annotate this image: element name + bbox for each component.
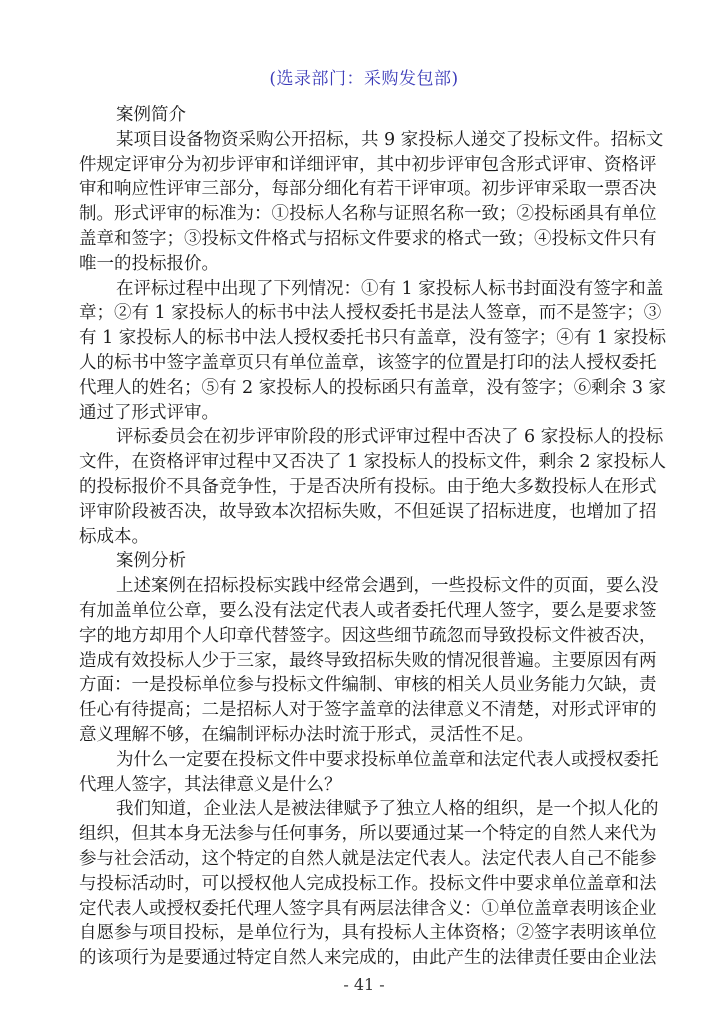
text-line: 自愿参与项目投标，是单位行为，具有投标人主体资格；②签字表明该单位: [79, 921, 649, 946]
text-line: 评标委员会在初步评审阶段的形式评审过程中否决了 6 家投标人的投标: [79, 425, 649, 450]
text-line: 的投标报价不具备竞争性，于是否决所有投标。由于绝大多数投标人在形式: [79, 475, 649, 500]
text-line: 文件，在资格评审过程中又否决了 1 家投标人的投标文件，剩余 2 家投标人: [79, 450, 649, 475]
text-line: 为什么一定要在投标文件中要求投标单位盖章和法定代表人或授权委托: [79, 748, 649, 773]
text-line: 上述案例在招标投标实践中经常会遇到，一些投标文件的页面，要么没: [79, 574, 649, 599]
text-line: 章；②有 1 家投标人的标书中法人授权委托书是法人签章，而不是签字；③: [79, 301, 649, 326]
text-line: 代理人签字，其法律意义是什么？: [79, 773, 649, 798]
text-line: 任心有待提高；二是招标人对于签字盖章的法律意义不清楚，对形式评审的: [79, 698, 649, 723]
text-line: 有 1 家投标人的标书中法人授权委托书只有盖章，没有签字；④有 1 家投标: [79, 326, 649, 351]
text-line: 标成本。: [79, 525, 649, 550]
text-line: 我们知道，企业法人是被法律赋予了独立人格的组织，是一个拟人化的: [79, 797, 649, 822]
text-line: 件规定评审分为初步评审和详细评审，其中初步评审包含形式评审、资格评: [79, 153, 649, 178]
section-title-intro: 案例简介: [79, 103, 649, 128]
text-line: 造成有效投标人少于三家，最终导致招标失败的情况很普遍。主要原因有两: [79, 649, 649, 674]
text-line: 代理人的姓名；⑤有 2 家投标人的投标函只有盖章，没有签字；⑥剩余 3 家: [79, 376, 649, 401]
department-header: (选录部门：采购发包部): [79, 64, 649, 89]
text-line: 定代表人或授权委托代理人签字具有两层法律含义：①单位盖章表明该企业: [79, 897, 649, 922]
text-line: 人的标书中签字盖章页只有单位盖章，该签字的位置是打印的法人授权委托: [79, 351, 649, 376]
text-line: 评审阶段被否决，故导致本次招标失败，不但延误了招标进度，也增加了招: [79, 500, 649, 525]
text-line: 意义理解不够，在编制评标办法时流于形式，灵活性不足。: [79, 723, 649, 748]
text-line: 有加盖单位公章，要么没有法定代表人或者委托代理人签字，要么是要求签: [79, 599, 649, 624]
text-line: 的该项行为是要通过特定自然人来完成的，由此产生的法律责任要由企业法: [79, 946, 649, 971]
text-line: 参与社会活动，这个特定的自然人就是法定代表人。法定代表人自己不能参: [79, 847, 649, 872]
text-line: 在评标过程中出现了下列情况：①有 1 家投标人标书封面没有签字和盖: [79, 277, 649, 302]
body-text: 案例简介某项目设备物资采购公开招标，共 9 家投标人递交了投标文件。招标文件规定…: [79, 103, 649, 971]
document-page: (选录部门：采购发包部) 案例简介某项目设备物资采购公开招标，共 9 家投标人递…: [79, 0, 649, 1024]
text-line: 某项目设备物资采购公开招标，共 9 家投标人递交了投标文件。招标文: [79, 128, 649, 153]
section-title-analysis: 案例分析: [79, 549, 649, 574]
text-line: 盖章和签字；③投标文件格式与招标文件要求的格式一致；④投标文件只有: [79, 227, 649, 252]
text-line: 通过了形式评审。: [79, 401, 649, 426]
text-line: 审和响应性评审三部分，每部分细化有若干评审项。初步评审采取一票否决: [79, 177, 649, 202]
text-line: 与投标活动时，可以授权他人完成投标工作。投标文件中要求单位盖章和法: [79, 872, 649, 897]
text-line: 制。形式评审的标准为：①投标人名称与证照名称一致；②投标函具有单位: [79, 202, 649, 227]
text-line: 字的地方却用个人印章代替签字。因这些细节疏忽而导致投标文件被否决，: [79, 624, 649, 649]
text-line: 唯一的投标报价。: [79, 252, 649, 277]
page-number: - 41 -: [79, 975, 649, 994]
text-line: 组织，但其本身无法参与任何事务，所以要通过某一个特定的自然人来代为: [79, 822, 649, 847]
text-line: 方面：一是投标单位参与投标文件编制、审核的相关人员业务能力欠缺，责: [79, 673, 649, 698]
